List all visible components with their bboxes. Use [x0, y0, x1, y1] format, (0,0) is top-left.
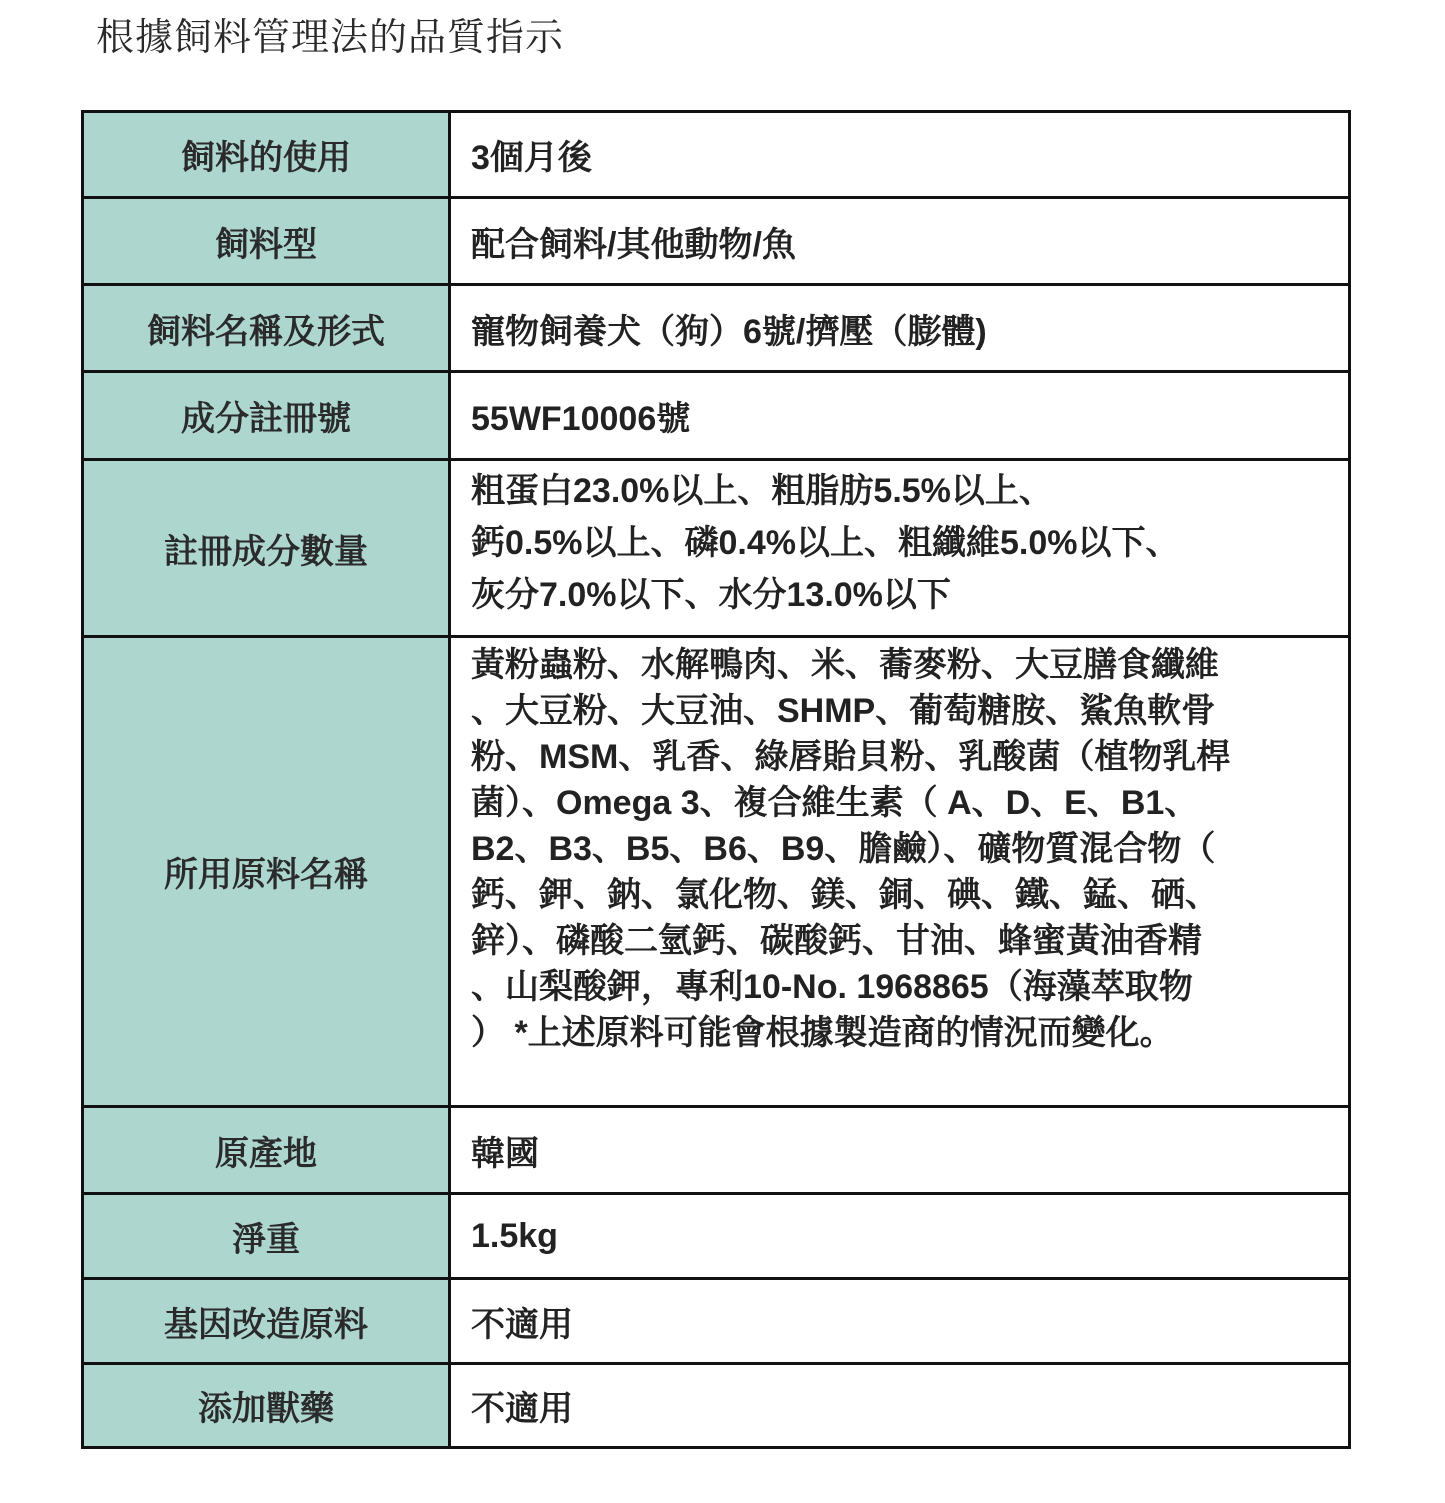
ingredient-line: 鋅）、磷酸二氫鈣、碳酸鈣、甘油、蜂蜜黃油香精	[471, 918, 1336, 964]
composition-line: 粗蛋白23.0%以上、粗脂肪5.5%以上、	[471, 465, 1336, 517]
ingredient-line: 粉、MSM、乳香、綠唇貽貝粉、乳酸菌（植物乳桿	[471, 734, 1336, 780]
row-label-registration-number: 成分註冊號	[83, 372, 450, 460]
table-row: 成分註冊號 55WF10006號	[83, 372, 1350, 460]
row-value-registered-composition: 粗蛋白23.0%以上、粗脂肪5.5%以上、 鈣0.5%以上、磷0.4%以上、粗纖…	[450, 460, 1350, 637]
table-row: 飼料名稱及形式 寵物飼養犬（狗）6號/擠壓（膨體)	[83, 285, 1350, 372]
row-value-feed-usage: 3個月後	[450, 112, 1350, 198]
row-label-ingredients: 所用原料名稱	[83, 637, 450, 1107]
ingredient-line: ） *上述原料可能會根據製造商的情況而變化。	[471, 1010, 1336, 1056]
table-row: 註冊成分數量 粗蛋白23.0%以上、粗脂肪5.5%以上、 鈣0.5%以上、磷0.…	[83, 460, 1350, 637]
ingredient-line: 菌）、Omega 3、複合維生素（ A、D、E、B1、	[471, 780, 1336, 826]
table-row: 所用原料名稱 黃粉蟲粉、水解鴨肉、米、蕎麥粉、大豆膳食纖維 、大豆粉、大豆油、S…	[83, 637, 1350, 1107]
quality-spec-table: 飼料的使用 3個月後 飼料型 配合飼料/其他動物/魚 飼料名稱及形式 寵物飼養犬…	[81, 110, 1351, 1449]
row-value-veterinary-drugs: 不適用	[450, 1364, 1350, 1448]
row-label-feed-name-form: 飼料名稱及形式	[83, 285, 450, 372]
table-row: 淨重 1.5kg	[83, 1194, 1350, 1279]
row-label-gmo: 基因改造原料	[83, 1279, 450, 1364]
ingredient-line: 鈣、鉀、鈉、氯化物、鎂、銅、碘、鐵、錳、硒、	[471, 872, 1336, 918]
table-row: 添加獸藥 不適用	[83, 1364, 1350, 1448]
row-label-feed-usage: 飼料的使用	[83, 112, 450, 198]
row-label-origin: 原產地	[83, 1107, 450, 1194]
row-value-net-weight: 1.5kg	[450, 1194, 1350, 1279]
page-title: 根據飼料管理法的品質指示	[96, 6, 564, 61]
row-label-net-weight: 淨重	[83, 1194, 450, 1279]
row-value-origin: 韓國	[450, 1107, 1350, 1194]
ingredient-line: 、大豆粉、大豆油、SHMP、葡萄糖胺、鯊魚軟骨	[471, 688, 1336, 734]
table-row: 飼料型 配合飼料/其他動物/魚	[83, 198, 1350, 285]
row-label-veterinary-drugs: 添加獸藥	[83, 1364, 450, 1448]
row-value-feed-type: 配合飼料/其他動物/魚	[450, 198, 1350, 285]
ingredient-line: B2、B3、B5、B6、B9、膽鹼）、礦物質混合物（	[471, 826, 1336, 872]
row-value-registration-number: 55WF10006號	[450, 372, 1350, 460]
table-row: 原產地 韓國	[83, 1107, 1350, 1194]
table-row: 基因改造原料 不適用	[83, 1279, 1350, 1364]
row-label-registered-composition: 註冊成分數量	[83, 460, 450, 637]
row-label-feed-type: 飼料型	[83, 198, 450, 285]
table-row: 飼料的使用 3個月後	[83, 112, 1350, 198]
composition-line: 灰分7.0%以下、水分13.0%以下	[471, 569, 1336, 621]
row-value-ingredients: 黃粉蟲粉、水解鴨肉、米、蕎麥粉、大豆膳食纖維 、大豆粉、大豆油、SHMP、葡萄糖…	[450, 637, 1350, 1107]
row-value-feed-name-form: 寵物飼養犬（狗）6號/擠壓（膨體)	[450, 285, 1350, 372]
composition-line: 鈣0.5%以上、磷0.4%以上、粗纖維5.0%以下、	[471, 517, 1336, 569]
ingredient-line: 黃粉蟲粉、水解鴨肉、米、蕎麥粉、大豆膳食纖維	[471, 642, 1336, 688]
ingredient-line: 、山梨酸鉀，專利10-No. 1968865（海藻萃取物	[471, 964, 1336, 1010]
row-value-gmo: 不適用	[450, 1279, 1350, 1364]
